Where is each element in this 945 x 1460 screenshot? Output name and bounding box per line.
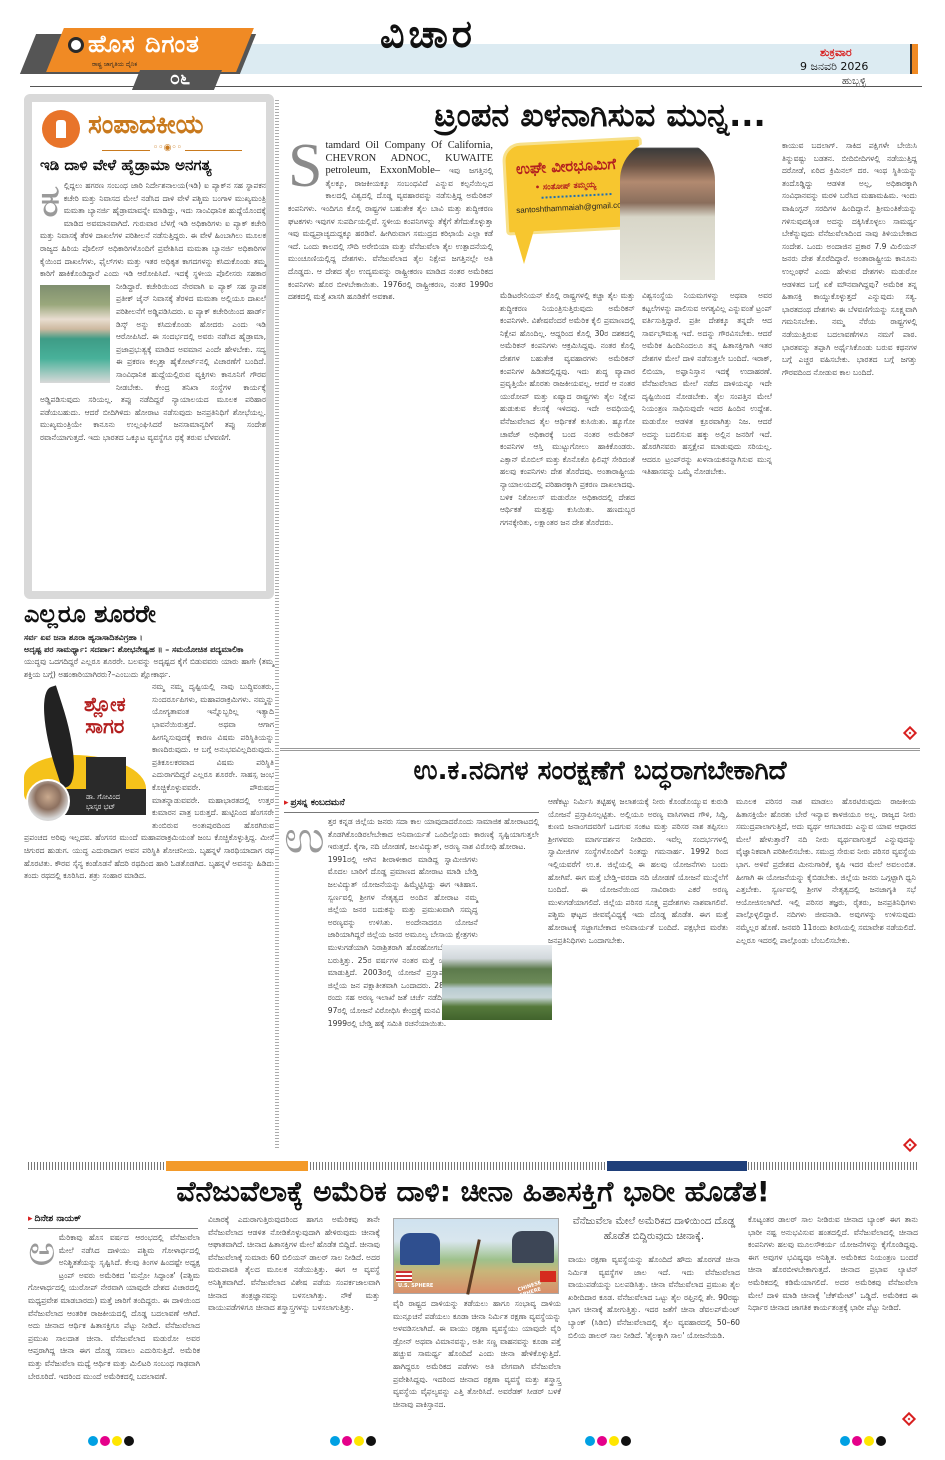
shloka-verse-2: ಅದೃಷ್ಟ ಪರ ಸಾಮರ್ಥ್ಯಾ: ಸದರ್ಪಾ: ಶೋಭನೇಷ್ವಹ ॥… <box>24 644 274 656</box>
yellow-dot-icon <box>112 1436 122 1446</box>
cyan-dot-icon <box>330 1436 340 1446</box>
pull-quote: ವೆನೆಜುವೆಲಾ ಮೇಲೆ ಅಮೆರಿಕದ ದಾಳಿಯಿಂದ ದೊಡ್ಡ ಹ… <box>568 1214 740 1244</box>
column-author-name: ಸಂತೋಷ್ ತಮ್ಮಯ್ಯ <box>543 180 597 192</box>
yellow-dot-icon <box>354 1436 364 1446</box>
headline-rivers[interactable]: ಉ.ಕ.ನದಿಗಳ ಸಂರಕ್ಷಣೆಗೆ ಬದ್ಧರಾಗಬೇಕಾಗಿದೆ <box>285 756 915 787</box>
registration-marks <box>840 1436 886 1446</box>
registration-marks <box>88 1436 134 1446</box>
editorial-box: ಸಂಪಾದಕೀಯ ಇಡಿ ದಾಳಿ ವೇಳೆ ಹೈಡ್ರಾಮಾ ಅನಗತ್ಯ ಕ… <box>24 94 274 599</box>
column-card: ಉಘೇ ವೀರಭೂಮಿಗೆ • ಸಂತೋಷ್ ತಮ್ಮಯ್ಯ santoshth… <box>500 140 715 280</box>
headline-trump[interactable]: ಟ್ರಂಪನ ಖಳನಾಗಿಸುವ ಮುನ್ನ... <box>285 96 915 135</box>
cartoon-label-china: CHINESE SPHERE <box>517 1275 559 1299</box>
magenta-dot-icon <box>852 1436 862 1446</box>
dropcap: ಉ <box>284 816 325 860</box>
shloka-column: ಎಲ್ಲರೂ ಶೂರರೇ ಸರ್ವ ಏವ ಜನಾ ಶೂರಾ ಹ್ಯನಾಸಾದಿತ… <box>24 600 274 1150</box>
trump-xi-cartoon: U.S. SPHERE CHINESE SPHERE <box>393 1218 559 1294</box>
black-dot-icon <box>876 1436 886 1446</box>
section-separator <box>28 1162 918 1170</box>
map-crack <box>466 1239 481 1294</box>
black-dot-icon <box>124 1436 134 1446</box>
yellow-dot-icon <box>609 1436 619 1446</box>
xi-figure <box>512 1231 554 1263</box>
magenta-dot-icon <box>100 1436 110 1446</box>
headline-venezuela[interactable]: ವೆನೆಜುವೆಲಾಕ್ಕೆ ಅಮೆರಿಕ ದಾಳಿ: ಚೀನಾ ಹಿತಾಸಕ್… <box>28 1175 918 1209</box>
yellow-dot-icon <box>864 1436 874 1446</box>
section-rule <box>280 748 920 751</box>
shloka-sagara-badge: ಶ್ಲೋಕ ಸಾಗರ ಡಾ. ಗೋವಿಂದ ಭಾಸ್ಕರ ಭಟ್ <box>24 685 146 817</box>
weekday: ಶುಕ್ರವಾರ <box>820 46 852 60</box>
trump-col-3: ವಿಶ್ವಸಂಸ್ಥೆಯ ನಿಯಮಗಳನ್ನು ಅಥವಾ ಅವರ ಕಟ್ಟಲೆಗ… <box>642 290 772 745</box>
editorial-headline[interactable]: ಇಡಿ ದಾಳಿ ವೇಳೆ ಹೈಡ್ರಾಮಾ ಅನಗತ್ಯ <box>40 156 270 174</box>
dropcap: ಕ <box>40 180 61 220</box>
black-dot-icon <box>621 1436 631 1446</box>
trump-figure <box>400 1233 440 1265</box>
inkpot-icon <box>86 757 126 793</box>
section-title: ವಿಚಾರ <box>380 12 476 57</box>
editorial-section-label: ಸಂಪಾದಕೀಯ <box>88 110 203 141</box>
venezuela-col-5: ಕೊಟ್ಯಂತರ ಡಾಲರ್ ಸಾಲ ನೀಡಿರುವ ಚೀನಾದ ಬ್ಯಾಂಕ್… <box>748 1214 918 1428</box>
dropcap: S <box>288 140 322 192</box>
trump-col-1: S tamdard Oil Company Of California, CHE… <box>288 140 493 745</box>
masthead: ಹೊಸ ದಿಗಂತ ರಾಷ್ಟ್ರ ಜಾಗೃತಿಯ ದೈನಿಕ ೦೬ ವಿಚಾರ… <box>0 0 945 88</box>
newspaper-emblem-icon <box>68 37 84 53</box>
issue-date: 9 ಜನವರಿ 2026 <box>800 60 868 74</box>
author-name-2: ಭಾಸ್ಕರ ಭಟ್ <box>86 802 142 812</box>
byline-rivers: ಪ್ರಸನ್ನ ಕಂಬದಮನೆ <box>284 798 345 808</box>
editorial-body: ಕ ಲ್ಲಿದ್ದಲು ಹಗರಣ ಸಂಬಂಧ ಜಾರಿ ನಿರ್ದೇಶನಾಲಯ(… <box>40 180 266 444</box>
badge-title-line-1: ಶ್ಲೋಕ <box>84 693 126 715</box>
author-email-link[interactable]: santoshthammaiah@gmail.com <box>516 200 628 215</box>
author-plate: ಡಾ. ಗೋವಿಂದ ಭಾಸ್ಕರ ಭಟ್ <box>60 789 146 815</box>
shloka-verse-1: ಸರ್ವ ಏವ ಜನಾ ಶೂರಾ ಹ್ಯನಾಸಾದಿತವಿಗ್ರಹಾ । <box>24 632 274 644</box>
editorial-paragraph: ಕಚೇರಿಯಿಂದ ನೇರವಾಗಿ ಐ ಪ್ಯಾಕ್ ಸಹ ಸ್ಥಾಪಕ ಪ್ರ… <box>116 282 266 367</box>
registration-marks <box>585 1436 631 1446</box>
columnist-photo <box>620 140 715 280</box>
editorial-logo-icon <box>42 110 80 148</box>
river-landscape-photo <box>442 945 552 1020</box>
logo-tagline: ರಾಷ್ಟ್ರ ಜಾಗೃತಿಯ ದೈನಿಕ <box>92 61 137 69</box>
masthead-rule <box>30 86 922 87</box>
venezuela-col-4: ವಾಯು ರಕ್ಷಣಾ ವ್ಯವಸ್ಥೆಯನ್ನು ಹೊಂದಿದೆ ಹೌದು ಹ… <box>568 1254 740 1428</box>
shloka-intro: ಯುದ್ಧವು ಒದಗದಿದ್ದರೆ ಎಲ್ಲರೂ ಶೂರರೇ. ಬಲವನ್ನು… <box>24 656 274 681</box>
column-author: • ಸಂತೋಷ್ ತಮ್ಮಯ್ಯ <box>535 180 597 193</box>
byline-venezuela: ದಿನೇಶ ನಾಯಕ್ <box>28 1214 81 1224</box>
registration-marks <box>330 1436 376 1446</box>
black-dot-icon <box>366 1436 376 1446</box>
badge-title-line-2: ಸಾಗರ <box>84 715 126 737</box>
mamata-banerjee-photo <box>40 285 110 383</box>
cartoon-label-us: U.S. SPHERE <box>398 1283 433 1289</box>
cyan-dot-icon <box>88 1436 98 1446</box>
rivers-col-2: ಆಣೆಕಟ್ಟು ನಿರ್ಮಿಸಿ ತಟ್ಟಿಹಳ್ಳ ಜಲಾಶಯಕ್ಕೆ ನೀ… <box>548 796 728 1146</box>
masthead-tab-marker <box>910 44 918 74</box>
trump-col-4: ಕಾಯುವ ಬದಲಾಗ್. ಸಾಕಿದ ಪಕ್ಷಿಗಳೇ ಬೇಯಿಸಿ ತಿನ್… <box>782 140 917 740</box>
rivers-col-1-text: ತ್ತರ ಕನ್ನಡ ಜಿಲ್ಲೆಯ ಜನರು ಸದಾ ಕಾಲ ಯಾವುದಾದರ… <box>328 817 539 851</box>
badge-title: ಶ್ಲೋಕ ಸಾಗರ <box>84 693 126 737</box>
column-divider <box>275 100 279 1150</box>
author-photo <box>26 779 70 823</box>
ornament-divider <box>102 150 242 151</box>
separator-orange-accent <box>166 1161 308 1171</box>
newspaper-logo[interactable]: ಹೊಸ ದಿಗಂತ <box>88 30 200 58</box>
shloka-headline[interactable]: ಎಲ್ಲರೂ ಶೂರರೇ <box>24 600 274 628</box>
venezuela-col-2: ವಿಚಾರಕ್ಕೆ ಎದುರಾಗುತ್ತಿರುವುದರಿಂದ ಹಾಗೂ ಅಮೆರ… <box>208 1214 380 1428</box>
separator-navy-accent <box>607 1161 747 1171</box>
trump-col-2: ಮೆಡಿಟರೇನಿಯನ್ ಕೊಲ್ಲಿ ರಾಷ್ಟ್ರಗಳಲ್ಲಿ ಕಚ್ಚಾ … <box>500 290 635 745</box>
rivers-col-3: ಮೂಲಕ ಪರಿಸರ ನಾಶ ಮಾಡಲು ಹೊರಟಿರುವುದು ರಾಜಕೀಯ … <box>736 796 916 1146</box>
magenta-dot-icon <box>597 1436 607 1446</box>
us-flag-icon <box>396 1271 412 1282</box>
cyan-dot-icon <box>585 1436 595 1446</box>
magenta-dot-icon <box>342 1436 352 1446</box>
author-name-1: ಡಾ. ಗೋವಿಂದ <box>86 792 142 802</box>
dropcap: ಅ <box>28 1232 56 1270</box>
venezuela-col-1: ಅ ಮೆರಿಕಾವು ಹೊಸ ವರ್ಷದ ಆರಂಭದಲ್ಲಿ ವೆನೆಜುವೆಲ… <box>28 1232 200 1428</box>
dotted-divider <box>542 193 612 200</box>
speech-bubble-tail <box>514 230 534 264</box>
column-name: ಉಘೇ ವೀರಭೂಮಿಗೆ <box>516 155 617 178</box>
venezuela-col-3: ವೈರಿ ರಾಷ್ಟ್ರದ ದಾಳಿಯನ್ನು ತಡೆಯಲು ಹಾಗೂ ಸಂಭಾ… <box>393 1298 561 1428</box>
cyan-dot-icon <box>840 1436 850 1446</box>
editorial-paragraph: ಲ್ಲಿದ್ದಲು ಹಗರಣ ಸಂಬಂಧ ಜಾರಿ ನಿರ್ದೇಶನಾಲಯ(ಇಡ… <box>40 181 266 291</box>
shloka-body: ಶ್ಲೋಕ ಸಾಗರ ಡಾ. ಗೋವಿಂದ ಭಾಸ್ಕರ ಭಟ್ ನಮ್ಮ ನಮ… <box>24 681 274 883</box>
